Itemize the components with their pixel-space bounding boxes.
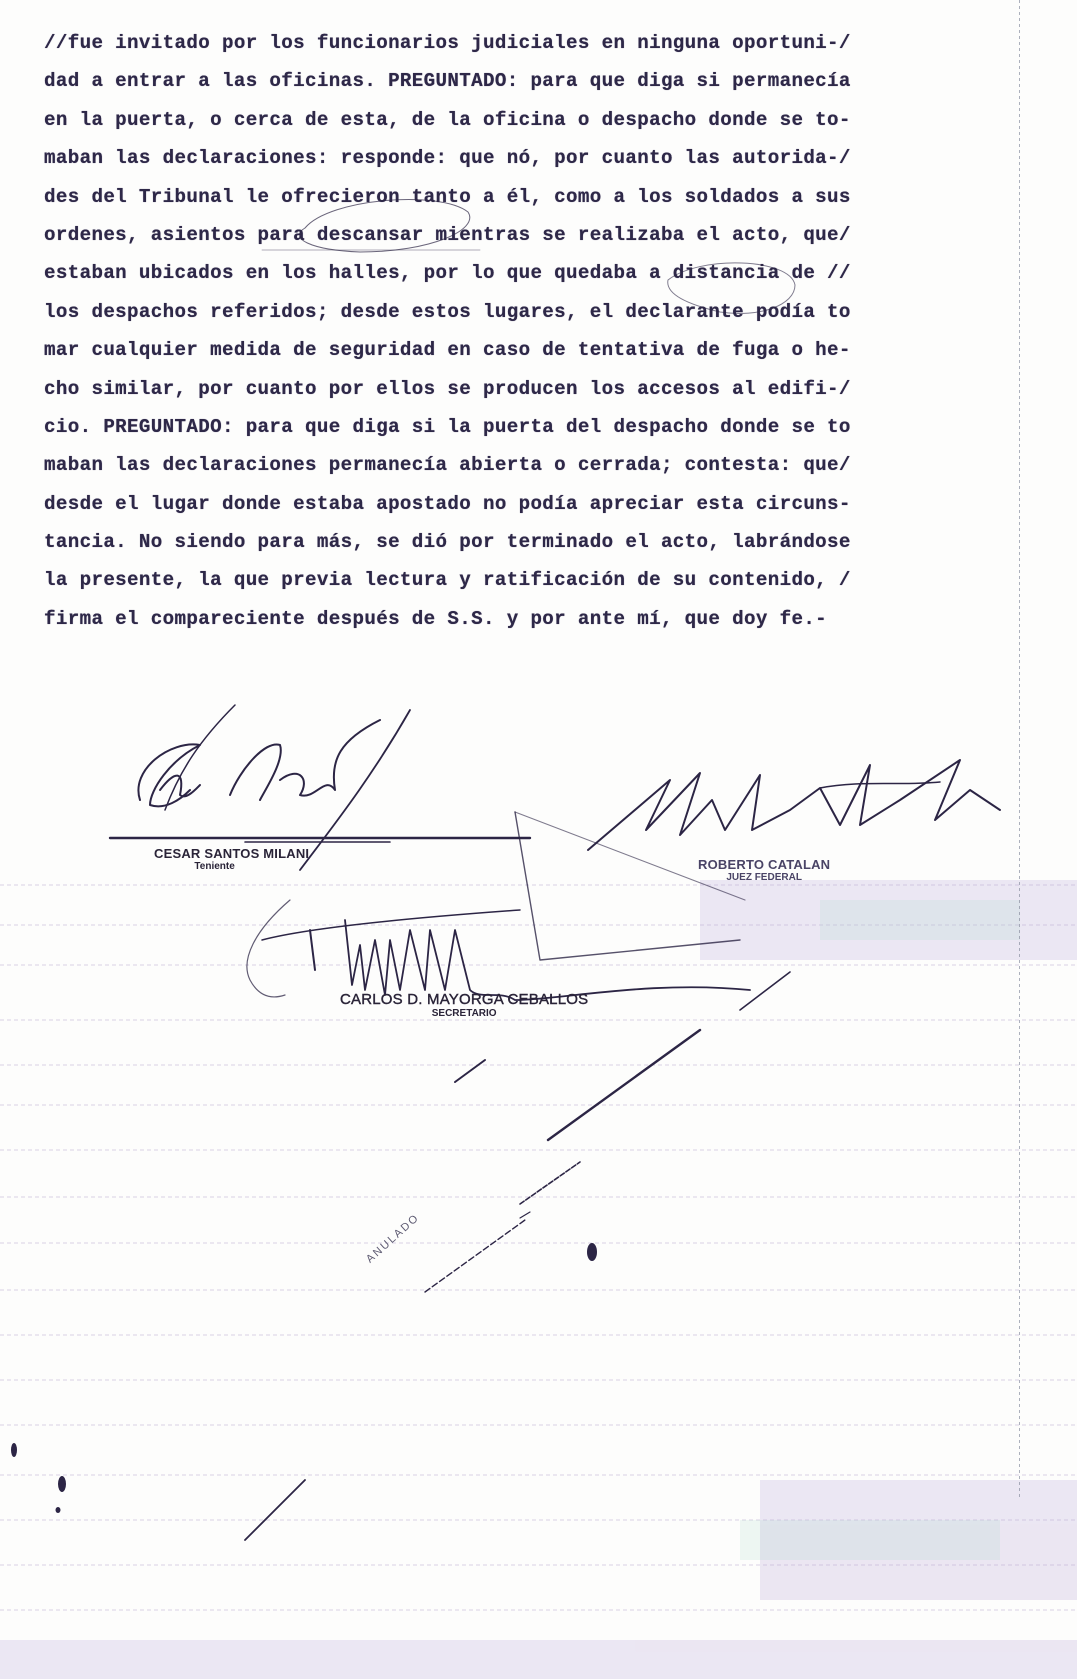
text-line: maban las declaraciones: responde: que n… <box>44 139 1024 177</box>
text-line: estaban ubicados en los halles, por lo q… <box>44 254 1024 292</box>
signer-title: Teniente <box>120 861 309 872</box>
signer-title: JUEZ FEDERAL <box>698 872 830 883</box>
signature-block-milani: CESAR SANTOS MILANI Teniente <box>154 846 309 872</box>
signature-block-catalan: ROBERTO CATALAN JUEZ FEDERAL <box>698 857 830 883</box>
text-line: en la puerta, o cerca de esta, de la ofi… <box>44 101 1024 139</box>
text-line: tancia. No siendo para más, se dió por t… <box>44 523 1024 561</box>
signature-block-mayorga: CARLOS D. MAYORGA CEBALLOS SECRETARIO <box>340 991 588 1019</box>
signer-name: CARLOS D. MAYORGA CEBALLOS <box>340 991 588 1008</box>
diagonal-annotation: ANULADO <box>364 1212 422 1266</box>
text-line: cio. PREGUNTADO: para que diga si la pue… <box>44 408 1024 446</box>
text-line: ordenes, asientos para descansar mientra… <box>44 216 1024 254</box>
text-line: dad a entrar a las oficinas. PREGUNTADO:… <box>44 62 1024 100</box>
text-line: des del Tribunal le ofrecieron tanto a é… <box>44 178 1024 216</box>
text-line: firma el compareciente después de S.S. y… <box>44 600 1024 638</box>
signer-title: SECRETARIO <box>340 1008 588 1019</box>
text-line: //fue invitado por los funcionarios judi… <box>44 24 1024 62</box>
text-line: mar cualquier medida de seguridad en cas… <box>44 331 1024 369</box>
declaration-text: //fue invitado por los funcionarios judi… <box>44 24 1024 638</box>
text-line: los despachos referidos; desde estos lug… <box>44 293 1024 331</box>
signer-name: ROBERTO CATALAN <box>698 857 830 872</box>
text-line: cho similar, por cuanto por ellos se pro… <box>44 370 1024 408</box>
text-line: maban las declaraciones permanecía abier… <box>44 446 1024 484</box>
text-line: la presente, la que previa lectura y rat… <box>44 561 1024 599</box>
signer-name: CESAR SANTOS MILANI <box>154 846 309 861</box>
document-page: //fue invitado por los funcionarios judi… <box>0 0 1077 1679</box>
text-line: desde el lugar donde estaba apostado no … <box>44 485 1024 523</box>
